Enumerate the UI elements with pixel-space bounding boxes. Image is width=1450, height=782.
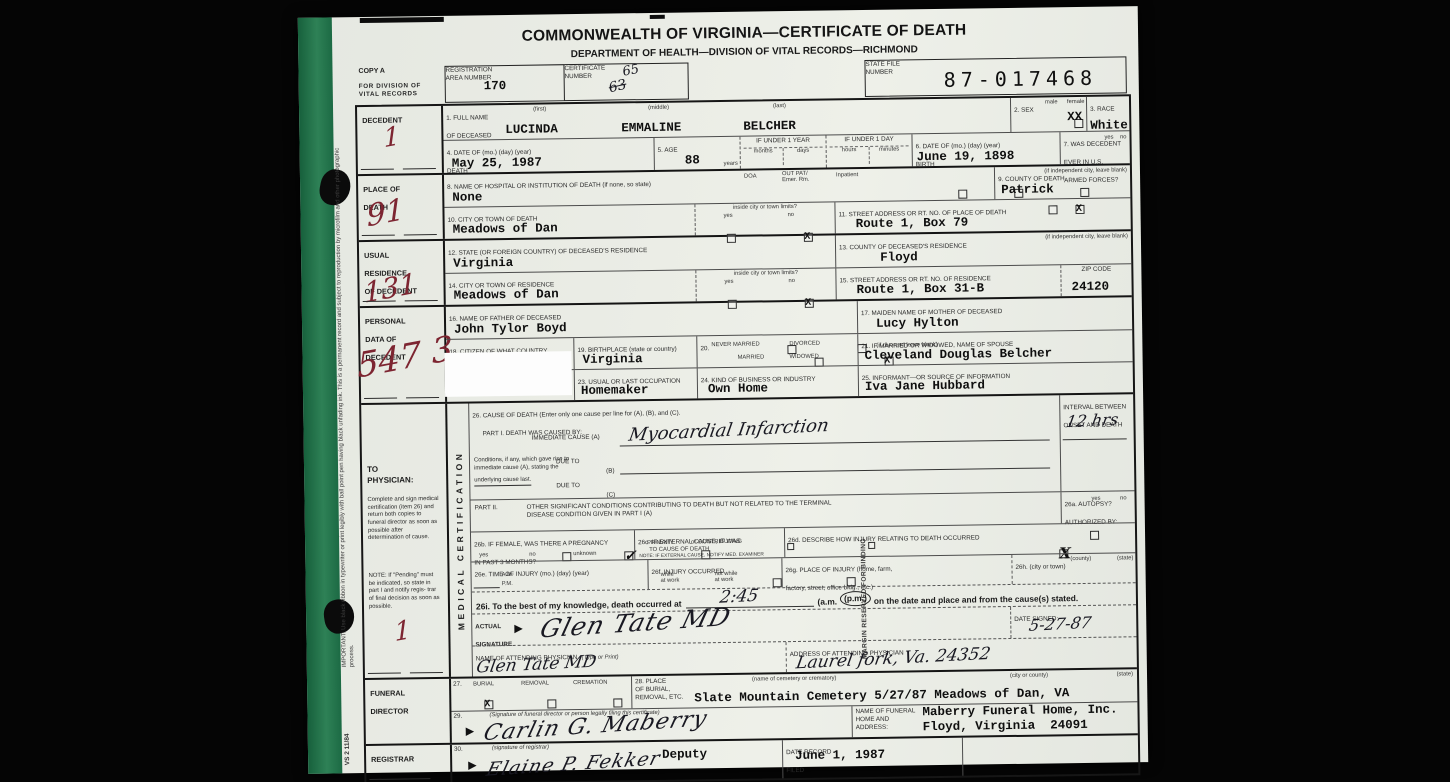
b-label: (B) — [606, 468, 615, 476]
married-label: MARRIED — [738, 354, 765, 360]
writing-lines — [369, 778, 430, 780]
divorced-label: DIVORCED — [789, 341, 820, 347]
field-marital-status: 20. NEVER MARRIED DIVORCED MARRIED WIDOW… — [696, 334, 857, 367]
date-record-value: June 1, 1987 — [795, 748, 885, 763]
field-interval: INTERVAL BETWEEN ONSET AND DEATH 12 hrs — [1059, 394, 1134, 491]
section-label-decedent: DECEDENT 1 — [357, 106, 444, 174]
under-1-day-label: IF UNDER 1 DAY — [829, 135, 908, 144]
am-text: (a.m. — [817, 596, 837, 606]
deputy-text: Deputy — [662, 747, 707, 762]
no-label: no — [529, 552, 536, 558]
marital-label: 20. — [700, 345, 709, 352]
occupation-value: Homemaker — [581, 383, 649, 398]
injury-state-label: (state) — [1117, 555, 1134, 561]
section-residence: USUAL RESIDENCE OF DECEDENT 131 12. STAT… — [359, 229, 1132, 306]
writing-lines — [361, 168, 436, 170]
state-residence-value: Virginia — [453, 256, 513, 271]
sub-first: (first) — [533, 106, 546, 112]
field-street-of-death: 11. STREET ADDRESS OR RT. NO. OF PLACE O… — [834, 198, 1130, 233]
field-funeral-home: NAME OF FUNERAL HOME AND ADDRESS: Maberr… — [851, 702, 1137, 737]
part2-label: PART II. — [475, 504, 498, 512]
father-value: John Tylor Boyd — [454, 321, 567, 337]
while-at-work-label: while at work — [661, 572, 680, 584]
yes-label: yes — [479, 552, 488, 558]
margin-handwriting: 1 — [394, 615, 412, 648]
section-medical: TO PHYSICIAN: Complete and sign medical … — [361, 392, 1137, 678]
funeral-home-label: NAME OF FUNERAL HOME AND ADDRESS: — [855, 707, 915, 731]
state-residence-label: 12. STATE (OR FOREIGN COUNTRY) OF DECEAS… — [448, 247, 647, 257]
age-label: 5. AGE — [658, 147, 678, 154]
checkbox-removal — [548, 700, 557, 709]
certificate-table: DECEDENT 1 1. FULL NAME OF DECEASED (fir… — [355, 94, 1140, 782]
sex-label: 2. SEX — [1014, 107, 1034, 114]
field-street-residence: 15. STREET ADDRESS OR RT. NO. OF RESIDEN… — [835, 265, 1060, 299]
funeral-home-name: Maberry Funeral Home, Inc. — [922, 703, 1117, 720]
death-certificate: IMPORTANT: Use black ribbon in typewrite… — [298, 6, 1148, 774]
field-county-of-death: 9. COUNTY OF DEATH (if independent city,… — [994, 165, 1130, 199]
removal-label: REMOVAL — [521, 680, 549, 686]
field-date-of-birth: 6. DATE OF (mo.) (day) (year) BIRTH June… — [911, 132, 1059, 166]
death-occurred-suffix: on the date and place and from the cause… — [874, 593, 1078, 606]
field-attending-address: ADDRESS OF ATTENDING PHYSICIAN Laurel fo… — [786, 637, 1137, 672]
due-to-c-label: DUE TO — [556, 482, 580, 490]
sub-middle: (middle) — [648, 105, 669, 111]
field-city-residence: 14. CITY OR TOWN OF RESIDENCE Meadows of… — [445, 270, 695, 304]
first-name-value: LUCINDA — [505, 122, 558, 137]
field-external-cause: 26c. IF EXTERNAL CAUSE, IT WAS PRIMARY o… — [634, 528, 784, 559]
inpatient-label: Inpatient — [836, 172, 858, 178]
writing-lines — [362, 234, 437, 236]
city-residence-value: Meadows of Dan — [454, 287, 559, 302]
field-autopsy: 26a. AUTOPSY? AUTHORIZED BY: yes no X — [1060, 491, 1134, 523]
yes-label: yes — [1091, 496, 1100, 502]
state-file-number: 87-017468 — [944, 66, 1098, 92]
time-line — [474, 587, 500, 588]
contributing-label: or CONTRIBUTING — [691, 539, 742, 546]
hospital-value: None — [452, 190, 482, 204]
county-death-value: Patrick — [1001, 182, 1054, 197]
business-value: Own Home — [708, 381, 768, 396]
hospital-label: 8. NAME OF HOSPITAL OR INSTITUTION OF DE… — [447, 181, 651, 191]
age-value: 88 — [685, 153, 700, 167]
certificate-number-box: CERTIFICATE NUMBER 63 65 — [564, 62, 689, 101]
binding-strip — [298, 17, 343, 773]
interval-line — [1063, 438, 1127, 440]
cause-label: 26. CAUSE OF DEATH (Enter only one cause… — [472, 410, 680, 420]
section-place-of-death: PLACE OF DEATH 91 8. NAME OF HOSPITAL OR… — [358, 163, 1131, 240]
zip-label: ZIP CODE — [1064, 265, 1128, 274]
race-label: 3. RACE — [1090, 106, 1115, 113]
not-while-at-work-label: not while at work — [715, 571, 738, 583]
city-county-hint: (city or county) — [1010, 672, 1048, 679]
yes-label: yes — [724, 213, 733, 219]
section-label-registrar: REGISTRAR — [366, 745, 453, 782]
registrar-heading: REGISTRAR — [371, 754, 414, 764]
place-of-burial-label: 28. PLACE OF BURIAL, REMOVAL, ETC. — [635, 678, 683, 702]
female-mark: XX — [1067, 110, 1082, 124]
registration-area-value: 170 — [484, 79, 507, 93]
pm-label: P.M. — [502, 581, 513, 587]
pm-circled: (p.m.) — [840, 591, 871, 606]
days-label: days — [783, 147, 823, 165]
widowed-label: WIDOWED — [790, 354, 819, 360]
sub-last: (last) — [773, 103, 786, 109]
injury-city-label: 26h. (city or town) — [1015, 563, 1065, 571]
limits-label: inside city or town limits? — [698, 203, 831, 211]
birthplace-value: Virginia — [582, 352, 642, 367]
field-county-residence: 13. COUNTY OF DECEASED'S RESIDENCE (if i… — [835, 231, 1131, 267]
field-pregnancy: 26b. IF FEMALE, WAS THERE A PREGNANCY IN… — [471, 530, 634, 561]
last-name-value: BELCHER — [743, 119, 796, 134]
writing-lines — [364, 397, 439, 399]
yes-label: yes — [1104, 135, 1113, 141]
certificate-number-struck: 63 — [607, 77, 628, 97]
time-of-injury-label: 26e. TIME OF INJURY (mo.) (day) (year) — [475, 570, 590, 579]
date-signed-handwriting: 5-27-87 — [1028, 613, 1093, 635]
no-label: no — [788, 278, 795, 284]
field-informant: 25. INFORMANT—OR SOURCE OF INFORMATION I… — [858, 362, 1133, 396]
section-label-personal: PERSONAL DATA OF DECEDENT 547 3 — [360, 307, 447, 403]
county-residence-value: Floyd — [880, 250, 918, 265]
registrar-signature-handwriting: Elaine P. Fekker — [484, 747, 663, 780]
field-sex: 2. SEX male female XX — [1010, 97, 1086, 132]
field-mother-name: 17. MAIDEN NAME OF MOTHER OF DECEASED Lu… — [857, 297, 1132, 333]
checkbox-doa — [959, 190, 968, 199]
cause-a-handwriting: Myocardial Infarction — [627, 415, 830, 446]
to-cause-label: TO CAUSE OF DEATH — [649, 546, 709, 553]
field-registrar-empty — [962, 735, 1139, 775]
field-birthplace: 19. BIRTHPLACE (state or country) Virgin… — [573, 336, 696, 369]
attending-address-handwriting: Laurel fork, Va. 24352 — [795, 644, 992, 673]
registration-area-box: REGISTRATION AREA NUMBER 170 — [444, 64, 565, 103]
immediate-cause-label: IMMEDIATE CAUSE (A) — [532, 434, 600, 443]
scan-background: IMPORTANT: Use black ribbon in typewrite… — [0, 0, 1450, 782]
copy-label: COPY A — [358, 68, 385, 75]
field-date-record-filed: DATE RECORD FILED June 1, 1987 — [782, 738, 963, 779]
field-zip: ZIP CODE 24120 — [1060, 264, 1131, 296]
hours-label: hours — [830, 147, 869, 165]
form-code: VS 2 11/84 — [343, 705, 351, 765]
physician-note-2: NOTE: If "Pending" must be indicated, so… — [369, 572, 442, 611]
male-label: male — [1045, 99, 1058, 105]
to-physician-heading: TO PHYSICIAN: — [367, 464, 414, 486]
section-decedent: DECEDENT 1 1. FULL NAME OF DECEASED (fir… — [357, 96, 1130, 174]
checkbox-burial: X — [484, 701, 493, 710]
cremation-label: CREMATION — [573, 680, 607, 686]
arrow-icon: ▶ — [466, 725, 475, 738]
field-funeral-signature: 29. (Signature of funeral director or pe… — [451, 706, 851, 743]
redaction-box-field22 — [444, 351, 572, 397]
funeral-sig-number: 29. — [453, 713, 462, 721]
street-residence-value: Route 1, Box 31-B — [857, 281, 985, 297]
spouse-value: Cleveland Douglas Belcher — [864, 346, 1052, 363]
under-1-year-label: IF UNDER 1 YEAR — [743, 137, 822, 146]
cemetery-hint: (name of cemetery or crematory) — [752, 675, 836, 682]
field-cause-of-death: 26. CAUSE OF DEATH (Enter only one cause… — [469, 395, 1060, 499]
county-residence-hint: (if independent city, leave blank) — [1045, 233, 1128, 240]
copy-for-label: FOR DIVISION OF VITAL RECORDS — [359, 82, 421, 99]
section-funeral-director: FUNERAL DIRECTOR 27. BURIAL REMOVAL CREM… — [365, 667, 1138, 744]
section-label-physician: TO PHYSICIAN: Complete and sign medical … — [361, 404, 451, 678]
months-label: months — [744, 148, 783, 166]
interval-handwriting: 12 hrs — [1065, 410, 1120, 432]
city-death-value: Meadows of Dan — [453, 221, 558, 236]
cause-b-line — [620, 467, 1050, 474]
margin-handwriting: 1 — [383, 121, 401, 154]
part2-text: OTHER SIGNIFICANT CONDITIONS CONTRIBUTIN… — [527, 499, 832, 519]
doa-label: DOA — [744, 174, 757, 180]
outpat-label: OUT PAT/ Emer. Rm. — [782, 171, 810, 183]
field-city-of-death: 10. CITY OR TOWN OF DEATH Meadows of Dan — [444, 204, 694, 238]
field-under-1-year: IF UNDER 1 YEAR months days — [739, 136, 825, 169]
field-attending-name: NAME OF ATTENDING PHYSICIAN (Type or Pri… — [473, 642, 786, 676]
date-of-birth-value: June 19, 1898 — [917, 149, 1015, 164]
disposition-number: 27. — [453, 681, 462, 689]
field-disposition: 27. BURIAL REMOVAL CREMATION X — [451, 676, 631, 711]
mother-value: Lucy Hylton — [876, 316, 959, 331]
field-under-1-day: IF UNDER 1 DAY hours minutes — [825, 134, 911, 167]
zip-value: 24120 — [1071, 280, 1109, 295]
middle-name-value: EMMALINE — [621, 121, 681, 136]
street-death-value: Route 1, Box 79 — [856, 216, 969, 232]
county-death-hint: (if independent city, leave blank) — [1044, 167, 1127, 174]
section-label-funeral: FUNERAL DIRECTOR — [365, 679, 452, 744]
field-registrar-signature: 30. (signature of registrar) ▶ Elaine P.… — [452, 740, 782, 782]
primary-label: PRIMARY — [647, 540, 673, 546]
registrar-sig-hint: (signature of registrar) — [492, 744, 549, 751]
female-label: female — [1067, 99, 1084, 105]
am-label: A.M. — [502, 572, 514, 578]
field-injury-location: 26h. (city or town) (county) (state) — [1011, 553, 1135, 584]
minutes-label: minutes — [869, 146, 909, 164]
field-time-of-injury: 26e. TIME OF INJURY (mo.) (day) (year) A… — [471, 560, 647, 591]
field-injury-occurred: 26f. INJURY OCCURRED while at work not w… — [647, 558, 781, 589]
registrar-sig-number: 30. — [454, 746, 463, 754]
injury-county-label: (county) — [1070, 556, 1091, 562]
field-city-limits-residence: inside city or town limits? yes no X — [695, 268, 835, 301]
field-date-of-death: 4. DATE OF (mo.) (day) (year) DEATH May … — [443, 138, 653, 173]
state-hint: (state) — [1117, 671, 1134, 677]
field-place-of-injury: 26g. PLACE OF INJURY (home, farm, factor… — [781, 555, 1011, 587]
no-label: no — [788, 212, 795, 218]
checkbox-cremation — [613, 699, 622, 708]
state-file-number-box: STATE FILE NUMBER 87-017468 — [864, 56, 1126, 97]
burial-label: BURIAL — [473, 681, 494, 687]
conditions-note-underlined: underlying cause last. — [474, 477, 531, 486]
margin-handwriting: 91 — [366, 192, 405, 234]
field-city-limits-death: inside city or town limits? yes no X — [694, 202, 834, 235]
funeral-heading: FUNERAL DIRECTOR — [370, 688, 408, 715]
full-name-label: 1. FULL NAME OF DECEASED — [446, 114, 491, 140]
field-age: 5. AGE 88 years — [653, 137, 739, 170]
section-label-residence: USUAL RESIDENCE OF DECEDENT 131 — [359, 241, 446, 306]
funeral-home-address: Floyd, Virginia 24091 — [923, 718, 1088, 734]
field-armed-forces: 7. WAS DECEDENT EVER IN U.S. ARMED FORCE… — [1059, 131, 1129, 164]
field-business: 24. KIND OF BUSINESS OR INDUSTRY Own Hom… — [697, 366, 858, 398]
no-label: no — [1120, 134, 1127, 140]
field-spouse: 21. IF MARRIED OR WIDOWED, NAME OF SPOUS… — [857, 330, 1132, 365]
age-unit: years — [724, 161, 738, 167]
never-married-label: NEVER MARRIED — [711, 341, 759, 348]
medical-certification-vertical-label: MEDICAL CERTIFICATION — [453, 450, 466, 630]
writing-lines — [368, 672, 443, 674]
field-occupation: 23. USUAL OR LAST OCCUPATION Homemaker — [574, 368, 697, 400]
no-label: no — [1120, 495, 1127, 501]
date-of-death-value: May 25, 1987 — [452, 156, 542, 171]
conditions-note: Conditions, if any, which gave rise to i… — [474, 456, 578, 473]
limits-label: inside city or town limits? — [699, 269, 832, 277]
field-race: 3. RACE White — [1086, 96, 1129, 131]
field-date-signed: DATE SIGNED: 5-27-87 — [1010, 605, 1136, 638]
unknown-label: unknown — [573, 551, 596, 557]
arrow-icon: ▶ — [468, 758, 477, 771]
physician-note-1: Complete and sign medical certification … — [367, 496, 440, 543]
yes-label: yes — [724, 279, 733, 285]
arrow-icon: ▶ — [514, 622, 523, 635]
section-label-place: PLACE OF DEATH 91 — [358, 175, 445, 240]
certificate-number-corrected: 65 — [621, 62, 640, 80]
injury-description-label: 26d. DESCRIBE HOW INJURY RELATING TO DEA… — [788, 534, 979, 544]
informant-value: Iva Jane Hubbard — [865, 378, 985, 394]
